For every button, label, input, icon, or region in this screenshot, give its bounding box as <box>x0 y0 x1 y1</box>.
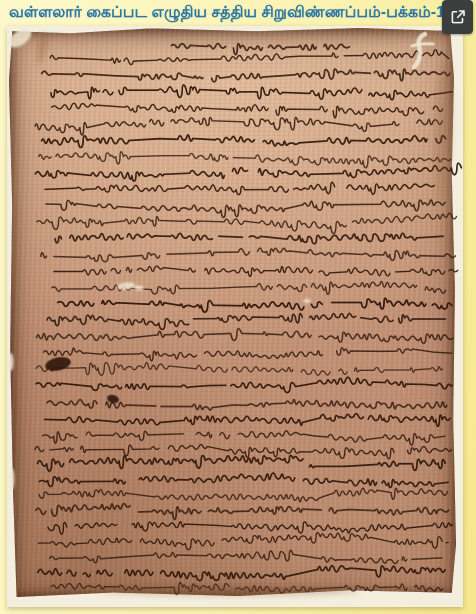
title-bar: வள்ளலார் கைப்பட எழுதிய சத்திய சிறுவிண்ணப… <box>0 0 476 27</box>
page-title: வள்ளலார் கைப்பட எழுதிய சத்திய சிறுவிண்ணப… <box>0 4 445 23</box>
manuscript-paper <box>9 27 456 597</box>
manuscript-scan <box>7 26 463 607</box>
open-fullscreen-button[interactable] <box>442 0 473 34</box>
external-link-icon <box>449 8 467 26</box>
page-background: வள்ளலார் கைப்பட எழுதிய சத்திய சிறுவிண்ணப… <box>0 0 476 614</box>
